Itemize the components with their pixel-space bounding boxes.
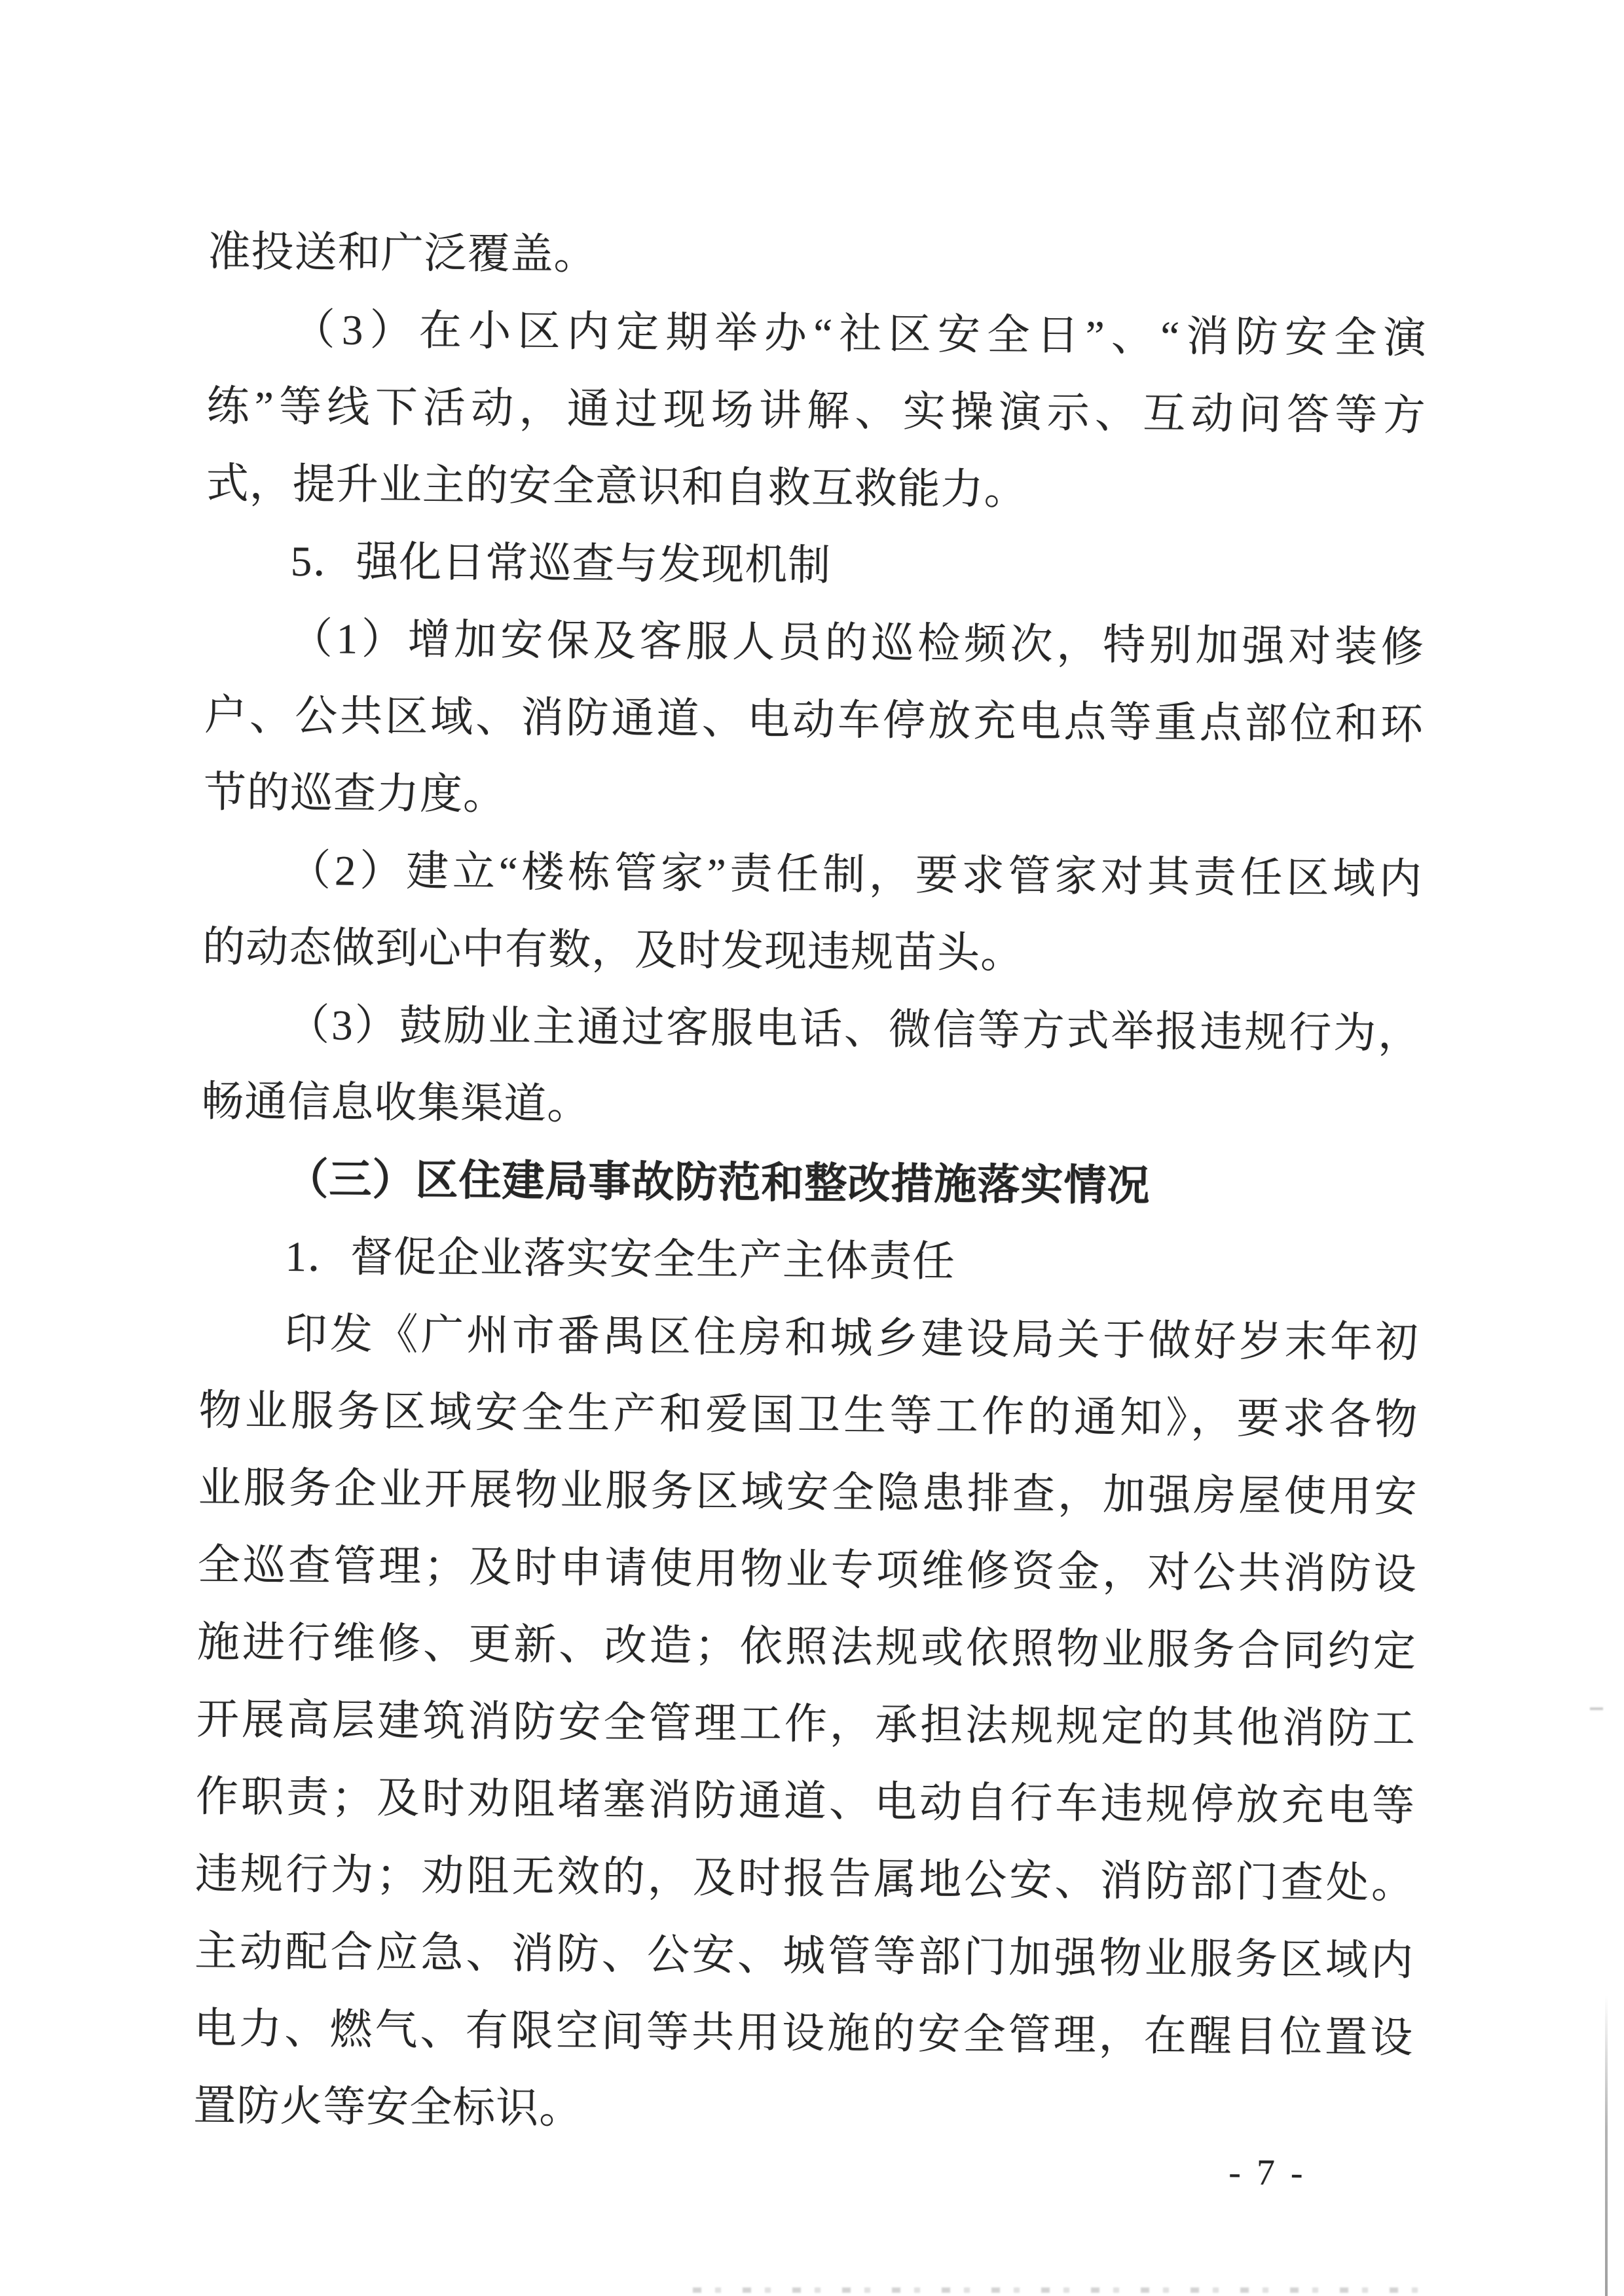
text-line: 印发《广州市番禺区住房和城乡建设局关于做好岁末年初 (199, 1295, 1419, 1382)
text-line: 户、公共区域、消防通道、电动车停放充电点等重点部位和环 (204, 677, 1424, 764)
document-content: 准投送和广泛覆盖。（3）在小区内定期举办“社区安全日”、“消防安全演练”等线下活… (193, 213, 1428, 2155)
section-heading: （三）区住建局事故防范和整改措施落实情况 (200, 1140, 1420, 1228)
text-line: 业服务企业开展物业服务区域安全隐患排查，加强房屋使用安 (198, 1449, 1418, 1537)
scan-speck-artifact (1590, 1707, 1603, 1710)
bleed-through-artifact (693, 2287, 1433, 2293)
text-line: 作职责；及时劝阻堵塞消防通道、电动自行车违规停放充电等 (196, 1758, 1416, 1846)
text-line: 物业服务区域安全生产和爱国卫生等工作的通知》，要求各物 (198, 1372, 1418, 1459)
text-line: 主动配合应急、消防、公安、城管等部门加强物业服务区域内 (194, 1913, 1414, 2000)
text-line: 1．督促企业落实安全生产主体责任 (200, 1218, 1420, 1305)
document-body: 准投送和广泛覆盖。（3）在小区内定期举办“社区安全日”、“消防安全演练”等线下活… (193, 213, 1428, 2155)
text-line: 的动态做到心中有数，及时发现违规苗头。 (202, 909, 1422, 996)
text-line: 电力、燃气、有限空间等共用设施的安全管理，在醒目位置设 (194, 1990, 1414, 2077)
text-line: 练”等线下活动，通过现场讲解、实操演示、互动问答等方 (206, 368, 1426, 455)
text-line: （1）增加安保及客服人员的巡检频次，特别加强对装修 (204, 600, 1424, 687)
text-line: （3）鼓励业主通过客服电话、微信等方式举报违规行为， (202, 986, 1422, 1073)
text-line: 施进行维修、更新、改造；依照法规或依照物业服务合同约定 (196, 1604, 1416, 1691)
text-line: （2）建立“楼栋管家”责任制，要求管家对其责任区域内 (203, 831, 1423, 919)
text-line: 准投送和广泛覆盖。 (208, 213, 1428, 301)
text-line: 置防火等安全标识。 (193, 2068, 1413, 2155)
text-line: 畅通信息收集渠道。 (201, 1063, 1421, 1150)
scanned-document-page: { "colors": { "paper": "#ffffff", "ink":… (0, 0, 1624, 2296)
text-line: 5．强化日常巡查与发现机制 (205, 522, 1425, 610)
text-line: 式，提升业主的安全意识和自救互救能力。 (206, 445, 1426, 532)
scan-edge-artifact (1605, 1995, 1608, 2296)
text-line: （3）在小区内定期举办“社区安全日”、“消防安全演 (207, 291, 1427, 378)
text-line: 违规行为；劝阻无效的，及时报告属地公安、消防部门查处。 (195, 1836, 1415, 1923)
text-line: 全巡查管理；及时申请使用物业专项维修资金，对公共消防设 (197, 1527, 1417, 1614)
text-line: 开展高层建筑消防安全管理工作，承担法规规定的其他消防工 (196, 1681, 1416, 1768)
page-number: - 7 - (1228, 2151, 1306, 2194)
text-line: 节的巡查力度。 (204, 754, 1424, 841)
